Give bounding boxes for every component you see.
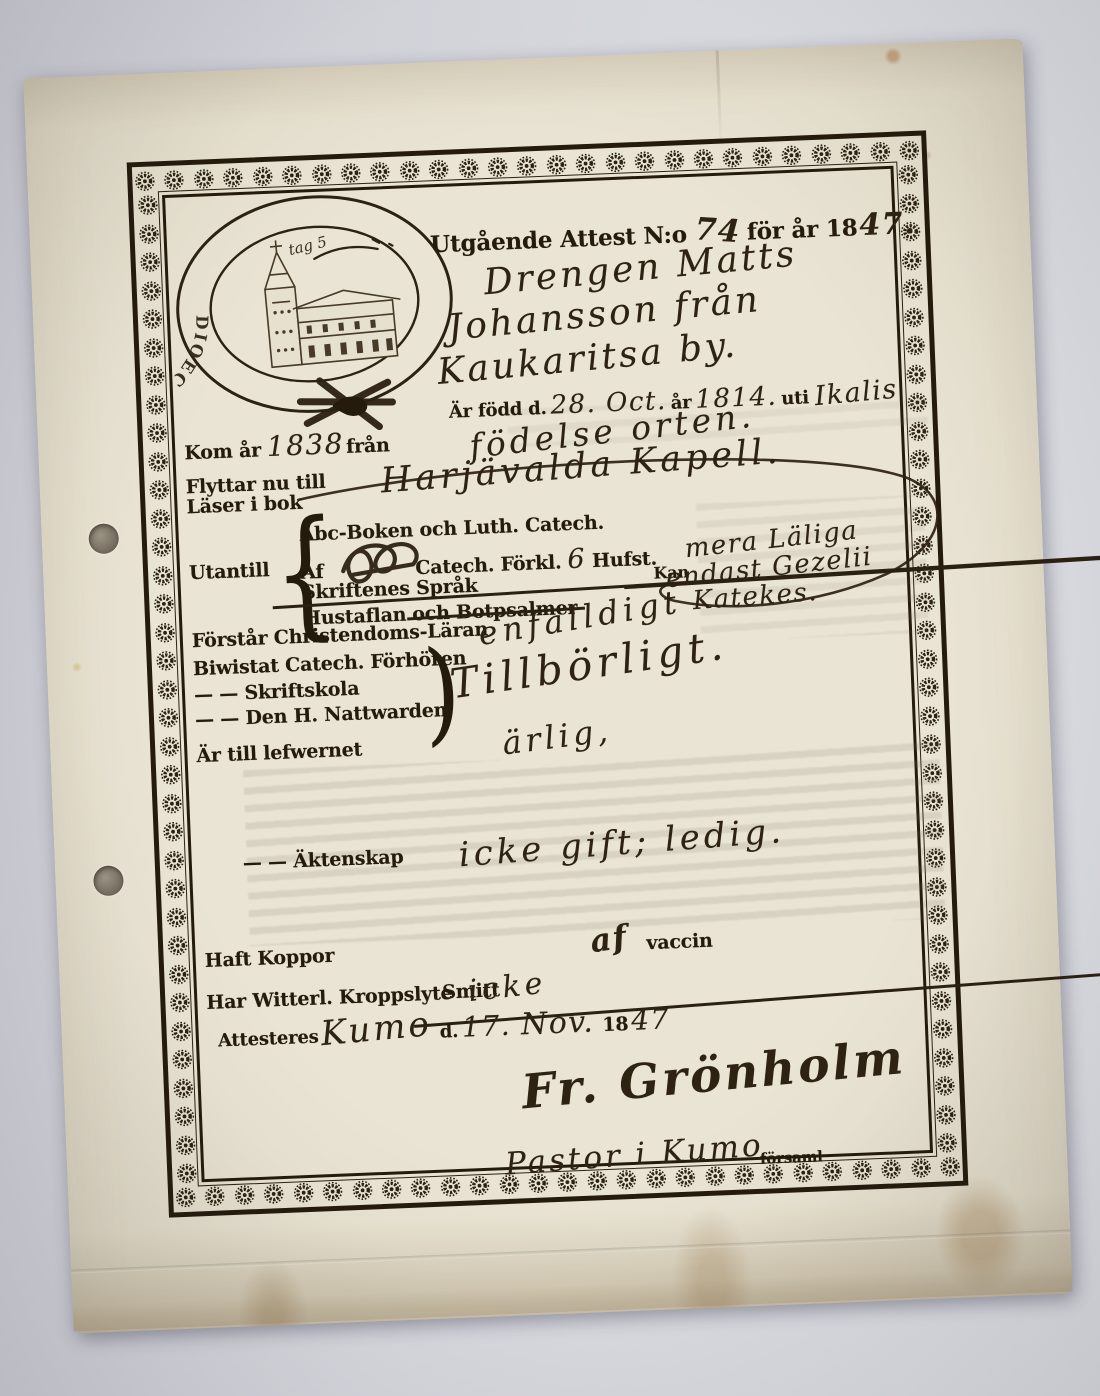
- attest-place: Kumo: [319, 1004, 433, 1054]
- rosette-icon: [147, 451, 169, 473]
- rosette-icon: [152, 564, 174, 586]
- rosette-icon: [169, 992, 191, 1014]
- conduct-label: Är till lefwernet: [196, 739, 362, 768]
- rosette-icon: [910, 1157, 932, 1179]
- attest-year: 47: [631, 1002, 671, 1037]
- rosette-icon: [907, 392, 929, 414]
- rosette-icon: [138, 223, 160, 245]
- rosette-icon: [926, 876, 948, 898]
- attest-year: 47.: [859, 206, 917, 243]
- rosette-icon: [934, 1075, 956, 1097]
- rosette-icon: [663, 149, 685, 171]
- rosette-icon: [163, 169, 185, 191]
- rosette-icon: [908, 420, 930, 442]
- rosette-icon: [933, 1047, 955, 1069]
- rosette-icon: [170, 1020, 192, 1042]
- rosette-icon: [381, 1178, 403, 1200]
- paper-fold-shadow: [72, 1265, 1072, 1331]
- rosette-icon: [153, 593, 175, 615]
- rosette-icon: [898, 140, 920, 162]
- rosette-icon: [281, 164, 303, 186]
- attest-d: d.: [439, 1021, 458, 1043]
- rosette-icon: [146, 422, 168, 444]
- rosette-icon: [175, 1134, 197, 1156]
- birth-place: Ikalis: [814, 374, 900, 413]
- smallpox-af: af: [588, 917, 631, 960]
- rosette-icon: [193, 168, 215, 190]
- rosette-icon: [923, 790, 945, 812]
- rosette-icon: [935, 1103, 957, 1125]
- rosette-icon: [928, 933, 950, 955]
- marriage-label: — — Äktenskap: [242, 846, 403, 874]
- rosette-icon: [575, 153, 597, 175]
- paper-crease: [716, 51, 723, 151]
- rosette-icon: [439, 1176, 461, 1198]
- rosette-icon: [469, 1175, 491, 1197]
- rosette-icon: [751, 146, 773, 168]
- rosette-icon: [159, 735, 181, 757]
- rosette-icon: [880, 1158, 902, 1180]
- rosette-icon: [869, 141, 891, 163]
- rosette-icon: [822, 1161, 844, 1183]
- rosette-icon: [936, 1132, 958, 1154]
- rosette-icon: [781, 144, 803, 166]
- rosette-icon: [604, 151, 626, 173]
- rosette-icon: [810, 143, 832, 165]
- rosette-icon: [137, 194, 159, 216]
- rosette-icon: [151, 536, 173, 558]
- rosette-icon: [154, 621, 176, 643]
- rosette-icon: [925, 847, 947, 869]
- rosette-icon: [909, 448, 931, 470]
- rosette-icon: [516, 155, 538, 177]
- rosette-icon: [145, 394, 167, 416]
- rosette-icon: [162, 821, 184, 843]
- rosette-icon: [156, 678, 178, 700]
- rosette-icon: [150, 508, 172, 530]
- rosette-icon: [840, 142, 862, 164]
- rosette-icon: [903, 306, 925, 328]
- rosette-icon: [222, 167, 244, 189]
- rosette-icon: [939, 1156, 961, 1178]
- attest-label: Attesteres: [218, 1026, 319, 1051]
- rosette-icon: [927, 904, 949, 926]
- rosette-icon: [905, 363, 927, 385]
- rosette-icon: [634, 150, 656, 172]
- rosette-icon: [263, 1183, 285, 1205]
- birth-uti: uti: [781, 387, 809, 409]
- smallpox-vaccin: vaccin: [646, 930, 713, 955]
- rosette-icon: [158, 707, 180, 729]
- paper-fold: [71, 1229, 1070, 1273]
- attest-month: Nov.: [520, 1004, 595, 1042]
- rosette-icon: [924, 819, 946, 841]
- rosette-icon: [322, 1181, 344, 1203]
- rosette-icon: [172, 1077, 194, 1099]
- rosette-icon: [139, 251, 161, 273]
- rosette-icon: [340, 162, 362, 184]
- rosette-icon: [693, 148, 715, 170]
- punch-hole: [88, 523, 119, 554]
- rosette-icon: [722, 147, 744, 169]
- rosette-icon: [931, 990, 953, 1012]
- rosette-icon: [140, 280, 162, 302]
- rosette-icon: [161, 792, 183, 814]
- rosette-icon: [155, 650, 177, 672]
- rosette-icon: [174, 1106, 196, 1128]
- rosette-icon: [167, 935, 189, 957]
- rosette-icon: [901, 249, 923, 271]
- rosette-icon: [921, 762, 943, 784]
- rosette-icon: [457, 157, 479, 179]
- rosette-icon: [932, 1018, 954, 1040]
- rosette-icon: [851, 1159, 873, 1181]
- rosette-icon: [148, 479, 170, 501]
- rosette-icon: [919, 705, 941, 727]
- rosette-icon: [546, 154, 568, 176]
- rosette-icon: [918, 676, 940, 698]
- utantill-label: Utantill: [189, 559, 270, 584]
- rosette-icon: [163, 849, 185, 871]
- rosette-icon: [902, 278, 924, 300]
- rosette-icon: [142, 308, 164, 330]
- rosette-icon: [897, 164, 919, 186]
- rosette-icon: [144, 365, 166, 387]
- attest-century: 18: [602, 1013, 629, 1036]
- rosette-icon: [351, 1179, 373, 1201]
- rosette-icon: [917, 648, 939, 670]
- rosette-icon: [252, 166, 274, 188]
- rosette-icon: [920, 733, 942, 755]
- rosette-icon: [143, 337, 165, 359]
- rosette-icon: [171, 1049, 193, 1071]
- paper-document: DIOECESIS ABOENSIS. MAGNI PRINC. FINL.: [23, 38, 1073, 1333]
- rosette-icon: [916, 619, 938, 641]
- punch-hole: [93, 865, 124, 896]
- rosette-icon: [410, 1177, 432, 1199]
- rosette-icon: [164, 878, 186, 900]
- rosette-icon: [160, 764, 182, 786]
- forsaml-printed: församl: [760, 1147, 823, 1168]
- rosette-icon: [915, 591, 937, 613]
- rosette-icon: [910, 477, 932, 499]
- rosette-icon: [487, 156, 509, 178]
- rosette-icon: [904, 335, 926, 357]
- rosette-icon: [166, 906, 188, 928]
- rosette-icon: [292, 1182, 314, 1204]
- diocese-seal: DIOECESIS ABOENSIS. MAGNI PRINC. FINL.: [158, 174, 470, 434]
- rosette-icon: [310, 163, 332, 185]
- attest-day: 17.: [461, 1009, 511, 1044]
- rosette-icon: [911, 505, 933, 527]
- rosette-icon: [204, 1185, 226, 1207]
- rosette-icon: [176, 1162, 198, 1184]
- rosette-icon: [175, 1187, 197, 1209]
- rosette-icon: [134, 170, 156, 192]
- rosette-icon: [168, 963, 190, 985]
- rosette-icon: [234, 1184, 256, 1206]
